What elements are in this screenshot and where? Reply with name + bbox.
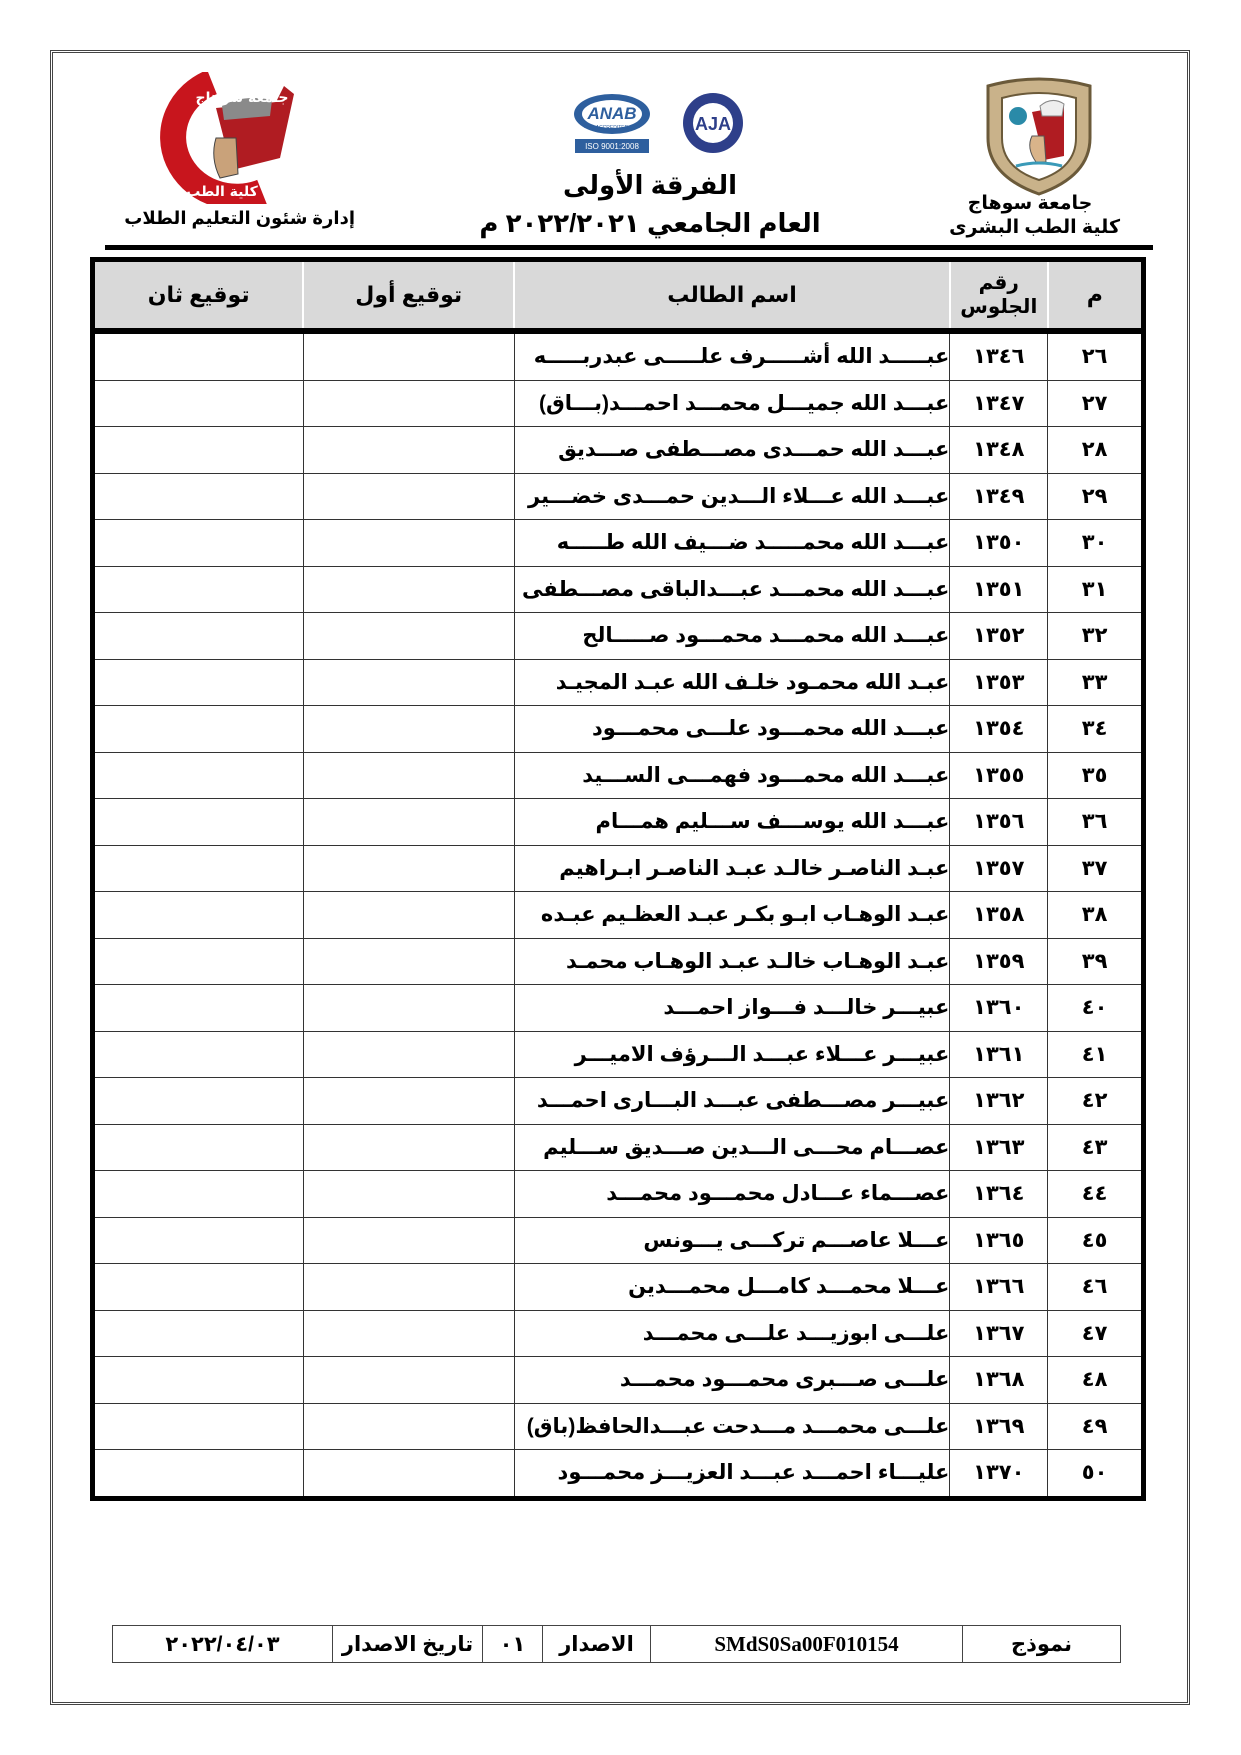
row-first-signature-cell[interactable] (303, 938, 514, 985)
row-first-signature-cell[interactable] (303, 613, 514, 660)
row-second-signature-cell[interactable] (93, 985, 304, 1032)
row-student-name: عبـــد الله حمـــدى مصـــطفى صـــديق (514, 427, 950, 474)
form-metadata-row: نموذج SMdS0Sa00F010154 الاصدار ٠١ تاريخ … (113, 1626, 1121, 1663)
row-seat-number: ١٣٤٩ (950, 473, 1048, 520)
col-header-first-signature: توقيع أول (303, 260, 514, 332)
row-index: ٢٦ (1048, 331, 1144, 380)
table-row: ٢٦١٣٤٦عبـــــد الله أشـــــرف علـــــى ع… (93, 331, 1144, 380)
row-index: ٤٨ (1048, 1357, 1144, 1404)
row-first-signature-cell[interactable] (303, 659, 514, 706)
row-second-signature-cell[interactable] (93, 1078, 304, 1125)
row-second-signature-cell[interactable] (93, 613, 304, 660)
row-index: ٣٢ (1048, 613, 1144, 660)
issue-date: ٢٠٢٢/٠٤/٠٣ (113, 1626, 333, 1663)
row-seat-number: ١٣٥٤ (950, 706, 1048, 753)
row-index: ٣٧ (1048, 845, 1144, 892)
row-index: ٤٥ (1048, 1217, 1144, 1264)
row-index: ٥٠ (1048, 1450, 1144, 1499)
row-first-signature-cell[interactable] (303, 380, 514, 427)
row-first-signature-cell[interactable] (303, 1171, 514, 1218)
svg-text:ISO 9001:2008: ISO 9001:2008 (585, 142, 639, 151)
col-header-seat-number: رقم الجلوس (950, 260, 1048, 332)
row-first-signature-cell[interactable] (303, 752, 514, 799)
row-student-name: عبـد الناصـر خالـد عبـد الناصـر ابـراهيم (514, 845, 950, 892)
row-first-signature-cell[interactable] (303, 706, 514, 753)
row-second-signature-cell[interactable] (93, 473, 304, 520)
row-index: ٤٦ (1048, 1264, 1144, 1311)
row-student-name: عبـــد الله محمـــد عبـــدالباقى مصـــطف… (514, 566, 950, 613)
row-student-name: عـــلا محمـــد كامـــل محمـــدين (514, 1264, 950, 1311)
svg-text:جامعة سوهاج: جامعة سوهاج (196, 90, 289, 106)
table-row: ٤٦١٣٦٦عـــلا محمـــد كامـــل محمـــدين (93, 1264, 1144, 1311)
row-index: ٤٧ (1048, 1310, 1144, 1357)
row-index: ٣٩ (1048, 938, 1144, 985)
university-name: جامعة سوهاج (960, 192, 1100, 215)
row-seat-number: ١٣٦٢ (950, 1078, 1048, 1125)
row-index: ٤٣ (1048, 1124, 1144, 1171)
roster-table: م رقم الجلوس اسم الطالب توقيع أول توقيع … (90, 257, 1146, 1501)
row-first-signature-cell[interactable] (303, 566, 514, 613)
row-seat-number: ١٣٤٨ (950, 427, 1048, 474)
table-row: ٤٠١٣٦٠عبيـــر خالـــد فـــواز احمـــد (93, 985, 1144, 1032)
row-index: ٣٨ (1048, 892, 1144, 939)
faculty-of-medicine-logo: جامعة سوهاج كلية الطب (112, 72, 312, 204)
row-student-name: عصـــام محـــى الـــدين صـــديق ســـليم (514, 1124, 950, 1171)
row-index: ٤٢ (1048, 1078, 1144, 1125)
table-header-row: م رقم الجلوس اسم الطالب توقيع أول توقيع … (93, 260, 1144, 332)
row-student-name: عبـــد الله محمـــود علـــى محمـــود (514, 706, 950, 753)
table-row: ٣١١٣٥١عبـــد الله محمـــد عبـــدالباقى م… (93, 566, 1144, 613)
row-seat-number: ١٣٤٧ (950, 380, 1048, 427)
row-first-signature-cell[interactable] (303, 473, 514, 520)
row-student-name: عبيـــر خالـــد فـــواز احمـــد (514, 985, 950, 1032)
row-second-signature-cell[interactable] (93, 380, 304, 427)
svg-text:ACCREDITED: ACCREDITED (596, 125, 629, 131)
row-student-name: عبـــد الله محمـــد محمـــود صـــــالح (514, 613, 950, 660)
row-student-name: عبـد الله محمـود خلـف الله عبـد المجيـد (514, 659, 950, 706)
table-row: ٢٨١٣٤٨عبـــد الله حمـــدى مصـــطفى صـــد… (93, 427, 1144, 474)
row-first-signature-cell[interactable] (303, 1450, 514, 1499)
seat-header-line2: الجلوس (951, 295, 1047, 319)
row-index: ٣٦ (1048, 799, 1144, 846)
row-index: ٢٧ (1048, 380, 1144, 427)
row-seat-number: ١٣٦٥ (950, 1217, 1048, 1264)
row-second-signature-cell[interactable] (93, 938, 304, 985)
row-index: ٣١ (1048, 566, 1144, 613)
row-seat-number: ١٣٥١ (950, 566, 1048, 613)
year-level-title: الفرقة الأولى (480, 170, 820, 201)
row-first-signature-cell[interactable] (303, 427, 514, 474)
row-student-name: عبـد الوهـاب ابـو بكـر عبـد العظـيم عبـد… (514, 892, 950, 939)
table-row: ٢٧١٣٤٧عبـــد الله جميـــل محمـــد احمـــ… (93, 380, 1144, 427)
row-second-signature-cell[interactable] (93, 892, 304, 939)
row-seat-number: ١٣٧٠ (950, 1450, 1048, 1499)
row-second-signature-cell[interactable] (93, 706, 304, 753)
row-first-signature-cell[interactable] (303, 1264, 514, 1311)
row-seat-number: ١٣٥٩ (950, 938, 1048, 985)
table-row: ٤١١٣٦١عبيـــر عـــلاء عبـــد الـــرؤف ال… (93, 1031, 1144, 1078)
row-first-signature-cell[interactable] (303, 1124, 514, 1171)
svg-text:AJA: AJA (695, 114, 731, 134)
row-seat-number: ١٣٤٦ (950, 331, 1048, 380)
row-seat-number: ١٣٥٦ (950, 799, 1048, 846)
row-index: ٢٨ (1048, 427, 1144, 474)
certification-logos: ANAB ACCREDITED ISO 9001:2008 AJA (565, 90, 755, 156)
row-student-name: عبـــد الله يوســـف ســـليم همـــام (514, 799, 950, 846)
table-row: ٣٦١٣٥٦عبـــد الله يوســـف ســـليم همـــا… (93, 799, 1144, 846)
col-header-student-name: اسم الطالب (514, 260, 950, 332)
row-student-name: عبـد الوهـاب خالـد عبـد الوهـاب محمـد (514, 938, 950, 985)
row-second-signature-cell[interactable] (93, 799, 304, 846)
row-index: ٣٠ (1048, 520, 1144, 567)
row-first-signature-cell[interactable] (303, 1403, 514, 1450)
table-row: ٣٢١٣٥٢عبـــد الله محمـــد محمـــود صــــ… (93, 613, 1144, 660)
row-student-name: علـــى محمـــد مـــدحت عبـــدالحافظ(باق) (514, 1403, 950, 1450)
row-seat-number: ١٣٥٥ (950, 752, 1048, 799)
col-header-second-signature: توقيع ثان (93, 260, 304, 332)
row-student-name: عبـــد الله عـــلاء الـــدين حمـــدى خضـ… (514, 473, 950, 520)
row-first-signature-cell[interactable] (303, 1217, 514, 1264)
row-seat-number: ١٣٥٨ (950, 892, 1048, 939)
row-seat-number: ١٣٦٩ (950, 1403, 1048, 1450)
row-first-signature-cell[interactable] (303, 892, 514, 939)
row-second-signature-cell[interactable] (93, 1264, 304, 1311)
row-first-signature-cell[interactable] (303, 799, 514, 846)
row-second-signature-cell[interactable] (93, 1357, 304, 1404)
row-second-signature-cell[interactable] (93, 845, 304, 892)
table-row: ٣٠١٣٥٠عبـــد الله محمـــــد ضـــيف الله … (93, 520, 1144, 567)
row-second-signature-cell[interactable] (93, 1310, 304, 1357)
row-student-name: علـــى صـــبرى محمـــود محمـــد (514, 1357, 950, 1404)
row-student-name: عبـــد الله جميـــل محمـــد احمـــد(بـــ… (514, 380, 950, 427)
row-seat-number: ١٣٦٦ (950, 1264, 1048, 1311)
issue-label: الاصدار (543, 1626, 651, 1663)
table-row: ٤٨١٣٦٨علـــى صـــبرى محمـــود محمـــد (93, 1357, 1144, 1404)
row-seat-number: ١٣٦٤ (950, 1171, 1048, 1218)
row-seat-number: ١٣٦١ (950, 1031, 1048, 1078)
table-row: ٤٧١٣٦٧علـــى ابوزيـــد علـــى محمـــد (93, 1310, 1144, 1357)
row-index: ٢٩ (1048, 473, 1144, 520)
form-label: نموذج (963, 1626, 1121, 1663)
row-second-signature-cell[interactable] (93, 1403, 304, 1450)
faculty-name: كلية الطب البشرى (960, 216, 1120, 239)
table-row: ٢٩١٣٤٩عبـــد الله عـــلاء الـــدين حمـــ… (93, 473, 1144, 520)
row-seat-number: ١٣٦٨ (950, 1357, 1048, 1404)
table-row: ٤٣١٣٦٣عصـــام محـــى الـــدين صـــديق سـ… (93, 1124, 1144, 1171)
table-row: ٣٧١٣٥٧عبـد الناصـر خالـد عبـد الناصـر اب… (93, 845, 1144, 892)
sohag-university-crest-logo (980, 76, 1098, 196)
form-metadata-table: نموذج SMdS0Sa00F010154 الاصدار ٠١ تاريخ … (112, 1625, 1121, 1663)
row-seat-number: ١٣٥٣ (950, 659, 1048, 706)
row-index: ٣٥ (1048, 752, 1144, 799)
row-seat-number: ١٣٥٠ (950, 520, 1048, 567)
academic-year-title: العام الجامعي ٢٠٢٢/٢٠٢١ م (440, 208, 860, 239)
row-student-name: عليـــاء احمـــد عبـــد العزيـــز محمـــ… (514, 1450, 950, 1499)
row-student-name: عبـــد الله محمـــــد ضـــيف الله طـــــ… (514, 520, 950, 567)
row-student-name: علـــى ابوزيـــد علـــى محمـــد (514, 1310, 950, 1357)
row-second-signature-cell[interactable] (93, 520, 304, 567)
row-first-signature-cell[interactable] (303, 985, 514, 1032)
row-second-signature-cell[interactable] (93, 752, 304, 799)
row-first-signature-cell[interactable] (303, 1310, 514, 1357)
table-row: ٤٩١٣٦٩علـــى محمـــد مـــدحت عبـــدالحاف… (93, 1403, 1144, 1450)
table-row: ٤٥١٣٦٥عـــلا عاصـــم تركـــى يـــونس (93, 1217, 1144, 1264)
col-header-index: م (1048, 260, 1144, 332)
row-seat-number: ١٣٦٧ (950, 1310, 1048, 1357)
row-student-name: عبيـــر مصـــطفى عبـــد البـــارى احمـــ… (514, 1078, 950, 1125)
row-first-signature-cell[interactable] (303, 1078, 514, 1125)
svg-text:كلية الطب: كلية الطب (186, 184, 258, 200)
row-seat-number: ١٣٦٣ (950, 1124, 1048, 1171)
row-second-signature-cell[interactable] (93, 659, 304, 706)
row-index: ٣٣ (1048, 659, 1144, 706)
table-row: ٤٤١٣٦٤عصـــماء عـــادل محمـــود محمـــد (93, 1171, 1144, 1218)
row-second-signature-cell[interactable] (93, 1450, 304, 1499)
table-row: ٣٥١٣٥٥عبـــد الله محمـــود فهمـــى الســ… (93, 752, 1144, 799)
seat-header-line1: رقم (951, 271, 1047, 295)
row-second-signature-cell[interactable] (93, 331, 304, 380)
header-divider (105, 245, 1153, 250)
row-first-signature-cell[interactable] (303, 520, 514, 567)
row-first-signature-cell[interactable] (303, 845, 514, 892)
row-student-name: عـــلا عاصـــم تركـــى يـــونس (514, 1217, 950, 1264)
row-student-name: عبـــد الله محمـــود فهمـــى الســـيد (514, 752, 950, 799)
row-second-signature-cell[interactable] (93, 1124, 304, 1171)
row-second-signature-cell[interactable] (93, 1171, 304, 1218)
table-row: ٣٩١٣٥٩عبـد الوهـاب خالـد عبـد الوهـاب مح… (93, 938, 1144, 985)
row-index: ٤١ (1048, 1031, 1144, 1078)
table-row: ٣٣١٣٥٣عبـد الله محمـود خلـف الله عبـد ال… (93, 659, 1144, 706)
issue-date-label: تاريخ الاصدار (333, 1626, 483, 1663)
row-index: ٣٤ (1048, 706, 1144, 753)
row-first-signature-cell[interactable] (303, 331, 514, 380)
student-roster: م رقم الجلوس اسم الطالب توقيع أول توقيع … (90, 257, 1146, 1501)
svg-text:ANAB: ANAB (586, 104, 636, 123)
table-row: ٣٤١٣٥٤عبـــد الله محمـــود علـــى محمـــ… (93, 706, 1144, 753)
row-second-signature-cell[interactable] (93, 566, 304, 613)
row-index: ٤٩ (1048, 1403, 1144, 1450)
row-seat-number: ١٣٥٧ (950, 845, 1048, 892)
row-index: ٤٠ (1048, 985, 1144, 1032)
row-student-name: عصـــماء عـــادل محمـــود محمـــد (514, 1171, 950, 1218)
row-first-signature-cell[interactable] (303, 1357, 514, 1404)
table-row: ٥٠١٣٧٠عليـــاء احمـــد عبـــد العزيـــز … (93, 1450, 1144, 1499)
row-seat-number: ١٣٦٠ (950, 985, 1048, 1032)
row-student-name: عبـــــد الله أشـــــرف علـــــى عبدربــ… (514, 331, 950, 380)
row-student-name: عبيـــر عـــلاء عبـــد الـــرؤف الاميـــ… (514, 1031, 950, 1078)
issue-number: ٠١ (483, 1626, 543, 1663)
row-second-signature-cell[interactable] (93, 1217, 304, 1264)
row-second-signature-cell[interactable] (93, 1031, 304, 1078)
table-row: ٤٢١٣٦٢عبيـــر مصـــطفى عبـــد البـــارى … (93, 1078, 1144, 1125)
row-first-signature-cell[interactable] (303, 1031, 514, 1078)
row-seat-number: ١٣٥٢ (950, 613, 1048, 660)
row-second-signature-cell[interactable] (93, 427, 304, 474)
department-name: إدارة شئون التعليم الطلاب (130, 208, 355, 229)
table-row: ٣٨١٣٥٨عبـد الوهـاب ابـو بكـر عبـد العظـي… (93, 892, 1144, 939)
form-metadata-footer: نموذج SMdS0Sa00F010154 الاصدار ٠١ تاريخ … (112, 1625, 1120, 1663)
row-index: ٤٤ (1048, 1171, 1144, 1218)
form-code: SMdS0Sa00F010154 (651, 1626, 963, 1663)
